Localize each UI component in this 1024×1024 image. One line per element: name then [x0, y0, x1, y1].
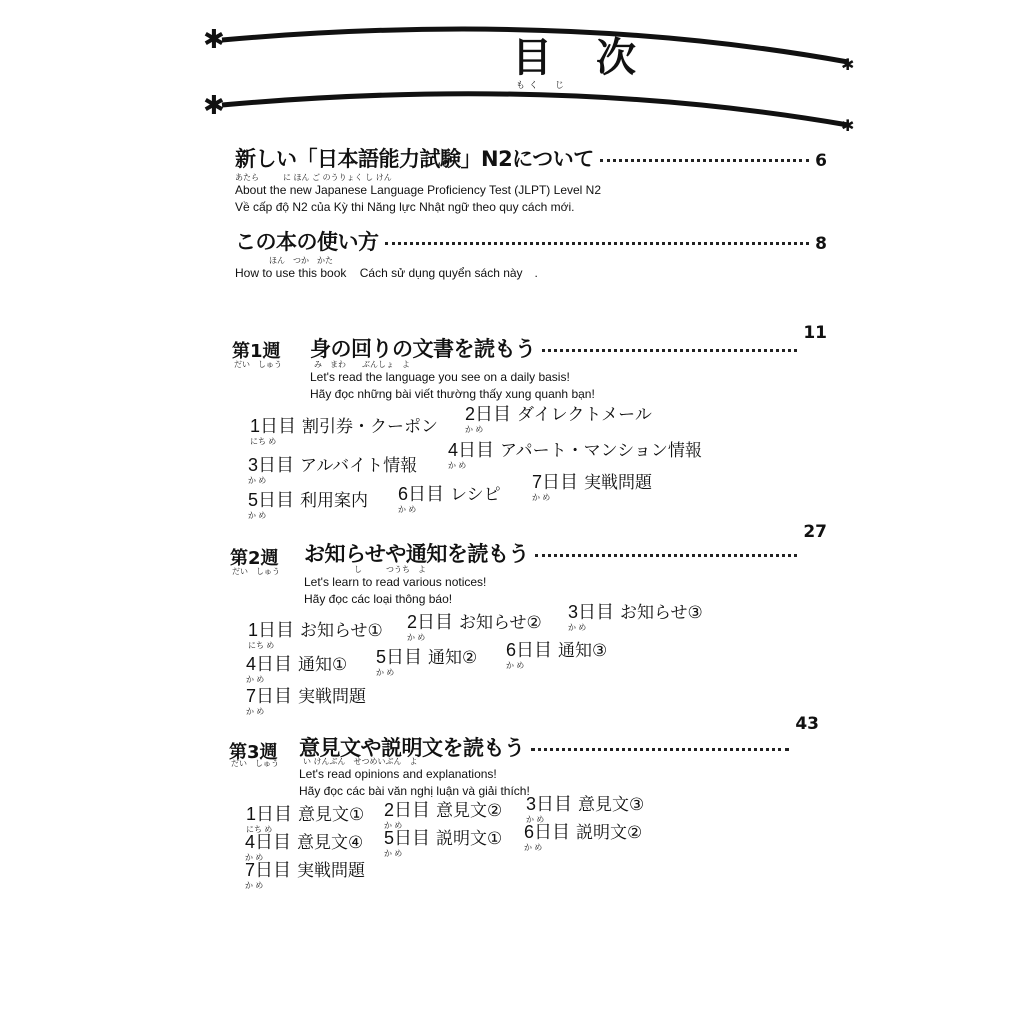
day-number: 3日目 [248, 455, 294, 475]
day-number: 2日目 [407, 612, 453, 632]
day-ruby: か め [532, 494, 652, 502]
day-item[interactable]: 7日目実戦問題か め [532, 468, 652, 502]
day-title: 説明文② [576, 823, 642, 842]
day-ruby: か め [384, 850, 502, 858]
day-number: 7日目 [532, 472, 578, 492]
week-english: Let's read opinions and explanations! [299, 766, 819, 783]
day-title: 割引券・クーポン [302, 417, 438, 436]
day-number: 6日目 [398, 484, 444, 504]
day-item[interactable]: 6日目説明文②か め [524, 818, 642, 852]
entry-title: この本の使い方 [235, 226, 379, 256]
week-english: Let's learn to read various notices! [304, 574, 827, 591]
entry-english: About the new Japanese Language Proficie… [235, 182, 827, 199]
toc-week-1[interactable]: 第1週 だい しゅう 身の回りの文書を読もう 11 み まわ ぶんしょ よ Le… [232, 315, 827, 403]
day-ruby: か め [245, 882, 365, 890]
day-title: 通知② [428, 648, 477, 667]
day-number: 2日目 [465, 404, 511, 424]
day-title: 通知① [298, 655, 347, 674]
day-title: 意見文④ [297, 833, 363, 852]
day-title: レシピ [450, 485, 501, 504]
week-label-ruby: だい しゅう [232, 568, 280, 576]
asterisk-icon: ✱ [203, 91, 225, 121]
day-ruby: か め [568, 624, 703, 632]
day-item[interactable]: 4日目通知①か め [246, 650, 347, 684]
day-title: 通知③ [558, 641, 607, 660]
week-title: お知らせや通知を読もう [304, 538, 529, 568]
week-title: 身の回りの文書を読もう [310, 333, 536, 363]
day-number: 5日目 [376, 647, 422, 667]
week-title-ruby: い けんぶん せつめいぶん よ [303, 758, 823, 766]
day-item[interactable]: 7日目実戦問題か め [245, 856, 365, 890]
day-number: 1日目 [248, 620, 294, 640]
day-ruby: か め [506, 662, 607, 670]
day-number: 5日目 [248, 490, 294, 510]
week-label-ruby: だい しゅう [231, 760, 279, 768]
title-ruby: もく じ [516, 82, 568, 90]
day-number: 5日目 [384, 828, 430, 848]
day-item[interactable]: 1日目割引券・クーポンにち め [250, 412, 438, 446]
page-title: 目 次 もく じ [512, 38, 636, 78]
day-title: 意見文② [436, 801, 502, 820]
week-title-ruby: し つうち よ [354, 566, 877, 574]
week-vietnamese: Hãy đọc các loại thông báo! [304, 591, 827, 608]
page-number: 6 [815, 151, 827, 171]
leader-dots [531, 748, 790, 751]
leader-dots [542, 349, 798, 352]
day-number: 1日目 [250, 416, 296, 436]
title-char: 次 [596, 38, 636, 78]
page-number: 11 [803, 323, 827, 343]
day-ruby: か め [524, 844, 642, 852]
day-title: アパート・マンション情報 [500, 441, 702, 460]
day-title: 実戦問題 [584, 473, 652, 492]
week-label-ruby: だい しゅう [234, 361, 282, 369]
day-number: 4日目 [448, 440, 494, 460]
day-number: 4日目 [245, 832, 291, 852]
day-ruby: か め [248, 477, 417, 485]
toc-entry-jlpt[interactable]: 新しい「日本語能力試験」N2について 6 あたら に ほん ご のうりょく し … [235, 143, 827, 216]
day-number: 6日目 [524, 822, 570, 842]
week-title-ruby: み まわ ぶんしょ よ [314, 361, 831, 369]
day-number: 2日目 [384, 800, 430, 820]
day-title: 意見文① [298, 805, 364, 824]
day-number: 1日目 [246, 804, 292, 824]
day-item[interactable]: 3日目アルバイト情報か め [248, 451, 417, 485]
day-title: お知らせ③ [620, 603, 703, 622]
day-ruby: か め [465, 426, 652, 434]
toc-week-2[interactable]: 第2週 だい しゅう お知らせや通知を読もう 27 し つうち よ Let's … [230, 508, 827, 608]
entry-english-text: How to use this book [235, 266, 346, 280]
day-item[interactable]: 5日目説明文①か め [384, 824, 502, 858]
entry-vietnamese: Cách sử dụng quyển sách này . [360, 266, 538, 280]
day-item[interactable]: 2日目ダイレクトメールか め [465, 400, 652, 434]
toc-entry-how-to-use[interactable]: この本の使い方 8 ほん つか かた How to use this book … [235, 226, 827, 282]
toc-week-3[interactable]: 第3週 だい しゅう 意見文や説明文を読もう 43 い けんぶん せつめいぶん … [229, 700, 819, 800]
day-number: 6日目 [506, 640, 552, 660]
entry-vietnamese: Về cấp độ N2 của Kỳ thi Năng lực Nhật ng… [235, 199, 827, 216]
day-item[interactable]: 5日目通知②か め [376, 643, 477, 677]
day-number: 7日目 [245, 860, 291, 880]
day-title: お知らせ① [300, 621, 383, 640]
entry-title: 新しい「日本語能力試験」N2について [235, 143, 594, 173]
day-title: 実戦問題 [297, 861, 365, 880]
leader-dots [600, 159, 809, 162]
day-title: アルバイト情報 [300, 456, 417, 475]
day-title: ダイレクトメール [517, 405, 652, 424]
asterisk-icon: ✱ [841, 55, 854, 74]
day-item[interactable]: 6日目通知③か め [506, 636, 607, 670]
page-number: 43 [795, 714, 819, 734]
entry-english: How to use this book Cách sử dụng quyển … [235, 265, 827, 282]
title-char: 目 [512, 38, 552, 78]
day-ruby: にち め [248, 642, 383, 650]
day-number: 3日目 [526, 794, 572, 814]
day-item[interactable]: 4日目アパート・マンション情報か め [448, 436, 702, 470]
day-number: 4日目 [246, 654, 292, 674]
asterisk-icon: ✱ [841, 116, 854, 135]
day-title: 意見文③ [578, 795, 644, 814]
day-number: 3日目 [568, 602, 614, 622]
day-ruby: にち め [250, 438, 438, 446]
entry-ruby: ほん つか かた [269, 257, 861, 265]
leader-dots [385, 242, 810, 245]
day-ruby: か め [376, 669, 477, 677]
entry-ruby: あたら に ほん ご のうりょく し けん [235, 174, 827, 182]
asterisk-icon: ✱ [203, 25, 225, 55]
day-title: お知らせ② [459, 613, 542, 632]
page-number: 8 [815, 234, 827, 254]
table-of-contents-page: ✱ ✱ ✱ ✱ 目 次 もく じ 新しい「日本語能力試験」N2について 6 あた… [0, 0, 1024, 1024]
day-item[interactable]: 1日目お知らせ①にち め [248, 616, 383, 650]
day-title: 説明文① [436, 829, 502, 848]
day-item[interactable]: 3日目お知らせ③か め [568, 598, 703, 632]
week-english: Let's read the language you see on a dai… [310, 369, 827, 386]
page-number: 27 [803, 522, 827, 542]
leader-dots [535, 554, 797, 557]
